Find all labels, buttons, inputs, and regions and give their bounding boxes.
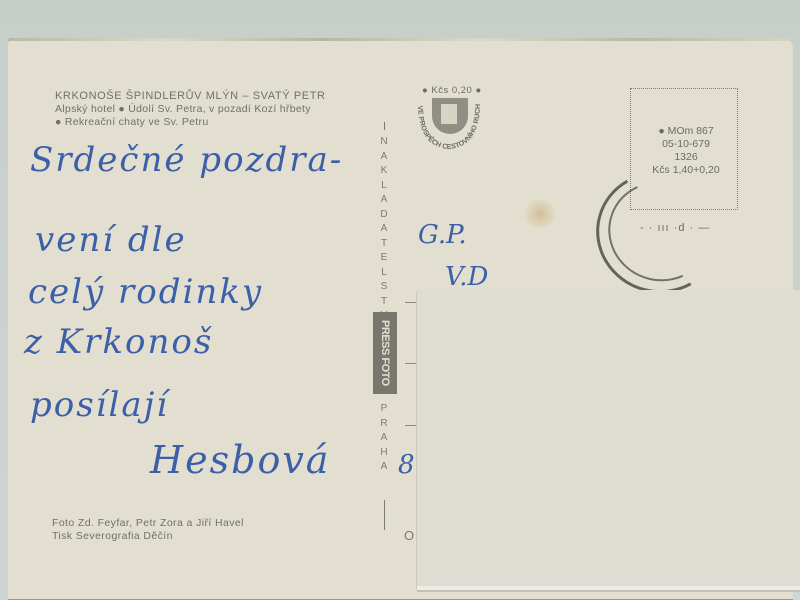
- credits-line-1: Foto Zd. Feyfar, Petr Zora a Jiří Havel: [52, 517, 244, 530]
- stamp-line-2: 05-10-679: [636, 138, 736, 151]
- handwritten-line-5: posílají: [30, 385, 169, 425]
- svg-text:VE PROSPĚCH CESTOVNÍHO RUCHU: VE PROSPĚCH CESTOVNÍHO RUCHU: [412, 95, 482, 151]
- address-line-2: V.D: [445, 262, 488, 292]
- handwritten-line-3: celý rodinky: [28, 272, 263, 312]
- covered-text-fragment: O: [404, 528, 414, 543]
- overlapping-blank-card: [417, 290, 800, 590]
- publisher-vertical-top: NAKLADATELSTVÍ: [377, 135, 391, 338]
- credits-line-2: Tisk Severografia Děčín: [52, 530, 244, 543]
- stamp-line-1: ● MOm 867: [636, 125, 736, 138]
- publisher-vertical-bottom: PRAHA: [377, 402, 391, 475]
- postmark-text: - · ııı ·d · —: [640, 222, 710, 234]
- divider-line-top: [384, 122, 385, 130]
- address-line-1: G.P.: [418, 220, 467, 250]
- caption-line-2: Alpský hotel ● Údolí Sv. Petra, v pozadí…: [55, 103, 326, 116]
- handwritten-line-2: vení dle: [35, 220, 187, 260]
- address-rule: [405, 425, 417, 426]
- tourism-emblem: ● Kčs 0,20 ● VE PROSPĚCH CESTOVNÍHO RUCH…: [410, 85, 490, 155]
- divider-line-bottom: [384, 500, 385, 530]
- handwritten-line-4: z Krkonoš: [24, 322, 213, 362]
- postcard-caption: KRKONOŠE ŠPINDLERŮV MLÝN – SVATÝ PETR Al…: [55, 90, 326, 129]
- stamp-imprint: ● MOm 867 05-10-679 1326 Kčs 1,40+0,20: [636, 125, 736, 177]
- handwritten-signature: Hesbová: [150, 440, 330, 480]
- address-rule: [405, 363, 417, 364]
- photo-credits: Foto Zd. Feyfar, Petr Zora a Jiří Havel …: [52, 517, 244, 543]
- caption-title: KRKONOŠE ŠPINDLERŮV MLÝN – SVATÝ PETR: [55, 90, 326, 103]
- address-rule: [405, 302, 417, 303]
- caption-line-3: ● Rekreační chaty ve Sv. Petru: [55, 116, 326, 129]
- emblem-arc-text: VE PROSPĚCH CESTOVNÍHO RUCHU: [412, 95, 486, 153]
- stamp-line-3: 1326: [636, 151, 736, 164]
- pressfoto-logo: PRESS FOTO: [373, 312, 397, 394]
- handwritten-line-1: Srdečné pozdra-: [30, 140, 343, 180]
- stain-mark: [520, 200, 560, 228]
